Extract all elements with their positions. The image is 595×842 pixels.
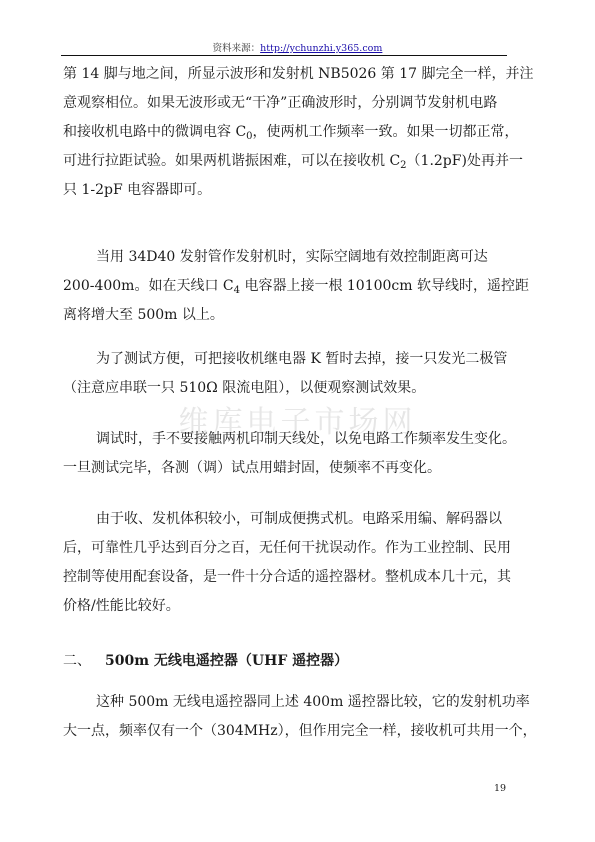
text-line: 大一点，频率仅有一个（304MHz），但作用完全一样，接收机可共用一个， (63, 717, 509, 746)
header-rule (61, 55, 507, 56)
paragraph-1: 第 14 脚与地之间，所显示波形和发射机 NB5026 第 17 脚完全一样，并… (63, 60, 509, 205)
text-line: 第 14 脚与地之间，所显示波形和发射机 NB5026 第 17 脚完全一样，并… (63, 60, 509, 89)
text-line: 为了测试方便，可把接收机继电器 K 暂时去掉，接一只发光二极管 (63, 345, 509, 374)
text-line: 意观察相位。如果无波形或无“干净”正确波形时，分别调节发射机电路 (63, 89, 509, 118)
text-line: 这种 500m 无线电遥控器同上述 400m 遥控器比较，它的发射机功率 (63, 688, 509, 717)
text-line: 可进行拉距试验。如果两机谐振困难，可以在接收机 C2（1.2pF)处再并一 (63, 147, 509, 176)
source-link[interactable]: http://ychunzhi.y365.com (260, 43, 382, 54)
page-number: 19 (494, 783, 506, 794)
text-line: 当用 34D40 发射管作发射机时，实际空阔地有效控制距离可达 (63, 243, 509, 272)
section-heading: 二、500m 无线电遥控器（UHF 遥控器） (63, 650, 348, 670)
paragraph-3: 为了测试方便，可把接收机继电器 K 暂时去掉，接一只发光二极管 （注意应串联一只… (63, 345, 509, 403)
text-span: ，使两机工作频率一致。如果一切都正常， (253, 124, 519, 140)
text-line: 只 1-2pF 电容器即可。 (63, 176, 509, 205)
section-title: 500m 无线电遥控器（UHF 遥控器） (105, 653, 348, 669)
paragraph-2: 当用 34D40 发射管作发射机时，实际空阔地有效控制距离可达 200-400m… (63, 243, 509, 330)
text-line: 200-400m。如在天线口 C4 电容器上接一根 10100cm 软导线时，遥… (63, 272, 509, 301)
paragraph-6: 这种 500m 无线电遥控器同上述 400m 遥控器比较，它的发射机功率 大一点… (63, 688, 509, 746)
text-line: 和接收机电路中的微调电容 C0，使两机工作频率一致。如果一切都正常， (63, 118, 509, 147)
text-line: 调试时，手不要接触两机印制天线处，以免电路工作频率发生变化。 (63, 425, 509, 454)
text-line: 后，可靠性几乎达到百分之百，无任何干扰误动作。作为工业控制、民用 (63, 534, 509, 563)
text-line: 离将增大至 500m 以上。 (63, 301, 509, 330)
paragraph-5: 由于收、发机体积较小，可制成便携式机。电路采用编、解码器以 后，可靠性几乎达到百… (63, 505, 509, 621)
page-header: 资料来源：http://ychunzhi.y365.com (0, 40, 595, 54)
text-line: 控制等使用配套设备，是一件十分合适的遥控器材。整机成本几十元，其 (63, 563, 509, 592)
section-number: 二、 (63, 650, 105, 670)
source-label: 资料来源： (213, 43, 261, 54)
text-span: 电容器上接一根 10100cm 软导线时，遥控距 (240, 278, 529, 294)
text-line: 一旦测试完毕，各测（调）试点用蜡封固，使频率不再变化。 (63, 454, 509, 483)
text-line: 价格/性能比较好。 (63, 592, 509, 621)
text-span: 可进行拉距试验。如果两机谐振困难，可以在接收机 C (63, 153, 400, 169)
text-line: （注意应串联一只 510Ω 限流电阻），以便观察测试效果。 (63, 374, 509, 403)
paragraph-4: 调试时，手不要接触两机印制天线处，以免电路工作频率发生变化。 一旦测试完毕，各测… (63, 425, 509, 483)
text-line: 由于收、发机体积较小，可制成便携式机。电路采用编、解码器以 (63, 505, 509, 534)
text-span: 和接收机电路中的微调电容 C (63, 124, 246, 140)
text-span: 200-400m。如在天线口 C (63, 278, 234, 294)
text-span: （1.2pF)处再并一 (407, 153, 523, 169)
